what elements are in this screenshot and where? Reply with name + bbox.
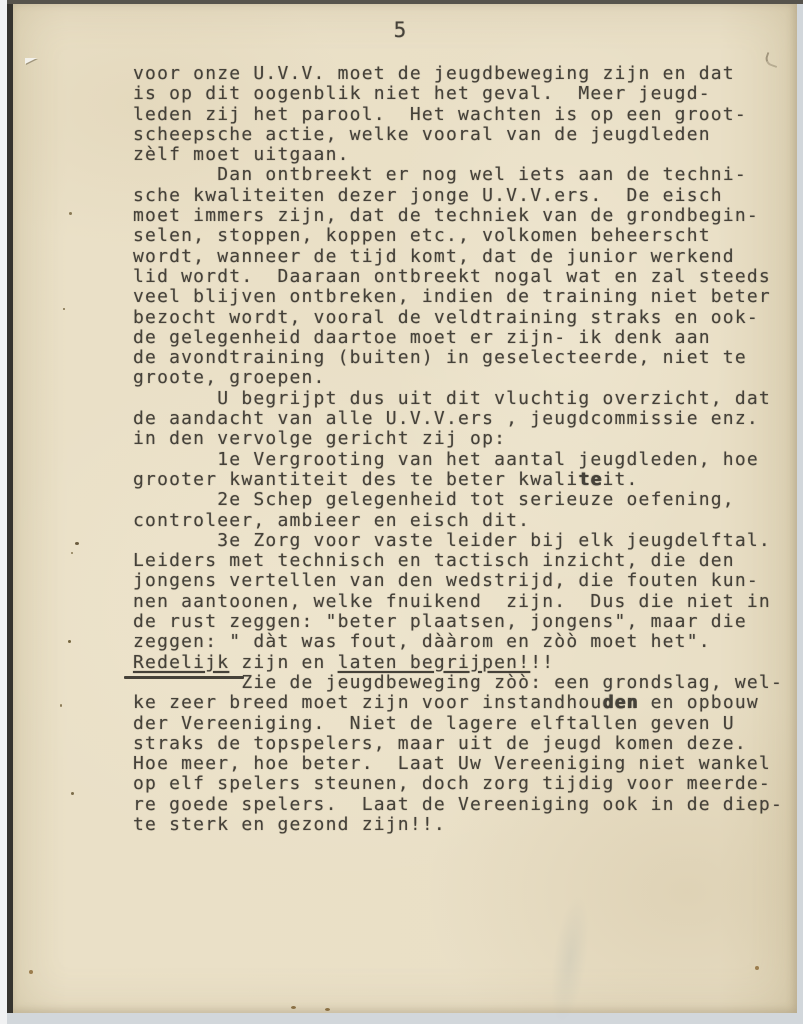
typewritten-text-block: voor onze U.V.V. moet de jeugdbeweging z… <box>133 64 783 835</box>
text-segment: grooter kwantiteit des te beter kwali <box>133 469 578 490</box>
paper-speck <box>291 1006 296 1009</box>
paper-speck <box>325 1008 330 1011</box>
text-line: der Vereeniging. Niet de lagere elftalle… <box>133 714 783 734</box>
text-segment: en opbouw <box>639 692 759 713</box>
paper-speck <box>75 542 79 545</box>
text-line: Redelijk zijn en laten begrijpen!!! <box>133 653 783 673</box>
text-line: grooter kwantiteit des te beter kwalitei… <box>133 470 783 490</box>
text-line: zeggen: " dàt was fout, dààrom en zòò mo… <box>133 632 783 652</box>
scanned-document-page: 5 voor onze U.V.V. moet de jeugdbeweging… <box>0 0 803 1024</box>
text-line: zèlf moet uitgaan. <box>133 145 783 165</box>
text-line: selen, stoppen, koppen etc., volkomen be… <box>133 226 783 246</box>
text-line: ke zeer breed moet zijn voor instandhoud… <box>133 693 783 713</box>
text-line: nen aantoonen, welke fnuikend zijn. Dus … <box>133 592 783 612</box>
paper-speck <box>63 308 65 310</box>
paper-speck <box>68 640 71 643</box>
paper-speck <box>71 792 74 795</box>
text-line: in den vervolge gericht zij op: <box>133 429 783 449</box>
text-line: te sterk en gezond zijn!!. <box>133 815 783 835</box>
text-segment-underline: laten begrijpen! <box>338 652 531 673</box>
text-line: de aandacht van alle U.V.V.ers , jeugdco… <box>133 409 783 429</box>
text-line: de rust zeggen: "beter plaatsen, jongens… <box>133 612 783 632</box>
text-line: voor onze U.V.V. moet de jeugdbeweging z… <box>133 64 783 84</box>
paper-speck <box>69 212 72 215</box>
paper-speck <box>29 970 33 974</box>
text-line: op elf spelers steunen, doch zorg tijdig… <box>133 774 783 794</box>
paper-tear-notch <box>25 58 37 64</box>
paper-speck <box>60 704 62 707</box>
paper-speck <box>71 552 73 554</box>
text-line: groote, groepen. <box>133 368 783 388</box>
text-segment: zijn en <box>229 652 337 673</box>
text-segment-overstrike: den <box>602 692 638 713</box>
text-line: re goede spelers. Laat de Vereeniging oo… <box>133 795 783 815</box>
text-line: Dan ontbreekt er nog wel iets aan de tec… <box>133 165 783 185</box>
text-line: veel blijven ontbreken, indien de traini… <box>133 287 783 307</box>
text-line: de gelegenheid daartoe moet er zijn- ik … <box>133 328 783 348</box>
text-segment-double-underline: Redelijk <box>133 652 229 673</box>
page-number: 5 <box>375 18 425 42</box>
scan-left-margin <box>0 0 7 1024</box>
text-line: 1e Vergrooting van het aantal jeugdleden… <box>133 450 783 470</box>
text-line: scheepsche actie, welke vooral van de je… <box>133 125 783 145</box>
text-line: de avondtraining (buiten) in geselecteer… <box>133 348 783 368</box>
text-line: Leiders met technisch en tactisch inzich… <box>133 551 783 571</box>
text-line: jongens vertellen van den wedstrijd, die… <box>133 571 783 591</box>
text-line: leden zij het parool. Het wachten is op … <box>133 105 783 125</box>
text-line: wordt, wanneer de tijd komt, dat de juni… <box>133 247 783 267</box>
paper-sheet: 5 voor onze U.V.V. moet de jeugdbeweging… <box>13 4 797 1013</box>
text-line: Hoe meer, hoe beter. Laat Uw Vereeniging… <box>133 754 783 774</box>
text-line: U begrijpt dus uit dit vluchtig overzich… <box>133 389 783 409</box>
text-line: straks de topspelers, maar uit de jeugd … <box>133 734 783 754</box>
text-line: lid wordt. Daaraan ontbreekt nogal wat e… <box>133 267 783 287</box>
paper-smudge <box>544 892 596 1024</box>
paper-speck <box>755 966 759 970</box>
text-line: moet immers zijn, dat de techniek van de… <box>133 206 783 226</box>
text-line: bezocht wordt, vooral de veldtraining st… <box>133 308 783 328</box>
text-line: controleer, ambieer en eisch dit. <box>133 511 783 531</box>
text-line: is op dit oogenblik niet het geval. Meer… <box>133 84 783 104</box>
text-segment-overstrike: te <box>578 469 602 490</box>
text-line: 3e Zorg voor vaste leider bij elk jeugde… <box>133 531 783 551</box>
text-segment: it. <box>602 469 638 490</box>
text-segment: ke zeer breed moet zijn voor instandhou <box>133 692 602 713</box>
text-line: 2e Schep gelegenheid tot serieuze oefeni… <box>133 490 783 510</box>
text-line: sche kwaliteiten dezer jonge U.V.V.ers. … <box>133 186 783 206</box>
text-segment: !! <box>530 652 554 673</box>
